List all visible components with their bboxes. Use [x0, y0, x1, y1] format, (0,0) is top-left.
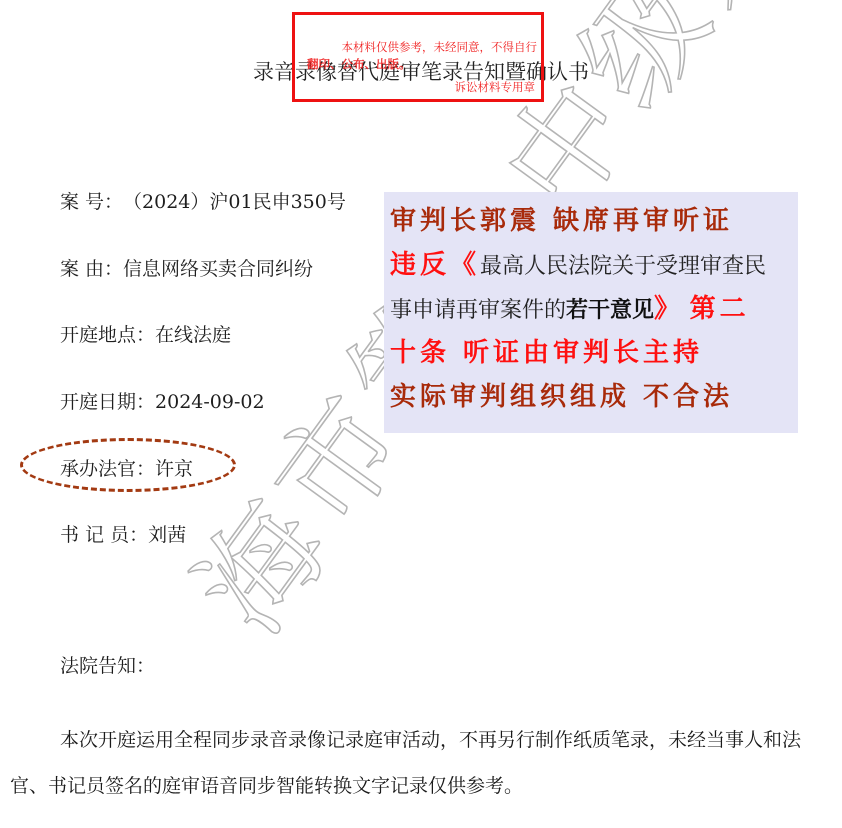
annotation-violation-label: 违反 — [390, 250, 450, 280]
field-value: 信息网络买卖合同纠纷 — [123, 258, 313, 280]
annotation-line-5: 实际审判组织组成 不合法 — [390, 376, 733, 413]
field-value: 在线法庭 — [155, 324, 231, 346]
field-case-number: 案 号：（2024）沪01民申350号 — [60, 187, 346, 214]
reference-stamp: 本材料仅供参考，未经同意，不得自行 翻印、公布、出版。 诉讼材料专用章 — [292, 12, 544, 102]
field-label: 开庭日期： — [60, 387, 155, 414]
field-label: 书 记 员： — [60, 520, 148, 547]
stamp-text-line2: 翻印、公布、出版。 — [307, 56, 411, 72]
quote-open: 《 — [450, 250, 480, 280]
section-heading: 法院告知： — [60, 651, 155, 678]
regulation-title-cont: 事申请再审案件的 — [390, 298, 566, 323]
regulation-title-bold: 若干意见 — [566, 298, 654, 323]
field-court-location: 开庭地点：在线法庭 — [60, 320, 231, 347]
annotation-line-4: 十条 听证由审判长主持 — [390, 332, 703, 369]
highlight-ellipse — [20, 438, 236, 492]
field-case-cause: 案 由：信息网络买卖合同纠纷 — [60, 254, 313, 281]
field-label: 案 号： — [60, 187, 123, 214]
field-value: 刘茜 — [148, 524, 186, 546]
field-value: 2024-09-02 — [155, 391, 265, 413]
field-label: 开庭地点： — [60, 320, 155, 347]
field-value: （2024）沪01民申350号 — [123, 191, 346, 213]
annotation-line-2: 违反《最高人民法院关于受理审查民 — [390, 244, 766, 281]
field-court-date: 开庭日期：2024-09-02 — [60, 387, 265, 414]
field-label: 案 由： — [60, 254, 123, 281]
quote-close: 》 — [654, 294, 684, 324]
stamp-text-line3: 诉讼材料专用章 — [455, 79, 536, 95]
stamp-text-line1: 本材料仅供参考，未经同意，不得自行 — [342, 39, 538, 55]
annotation-line-3: 事申请再审案件的若干意见》 第二 — [390, 288, 750, 325]
field-clerk: 书 记 员：刘茜 — [60, 520, 186, 547]
annotation-box: 审判长郭震 缺席再审听证 违反《最高人民法院关于受理审查民 事申请再审案件的若干… — [384, 192, 798, 433]
article-number: 第二 — [690, 294, 750, 324]
regulation-title: 最高人民法院关于受理审查民 — [480, 254, 766, 279]
notice-paragraph: 本次开庭运用全程同步录音录像记录庭审活动，不再另行制作纸质笔录，未经当事人和法官… — [10, 717, 830, 809]
annotation-line-1: 审判长郭震 缺席再审听证 — [390, 200, 733, 237]
